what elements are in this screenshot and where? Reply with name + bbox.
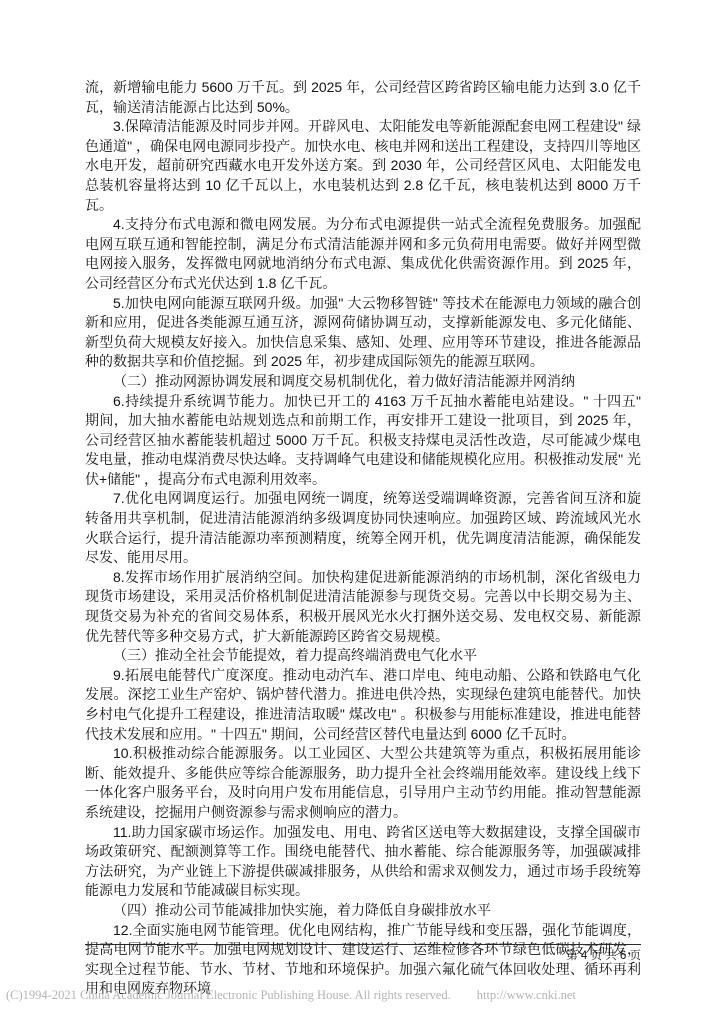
document-page: 流，新增输电能力 5600 万千瓦。到 2025 年，公司经营区跨省跨区输电能力… [0,0,724,1024]
paragraph: 9.拓展电能替代广度深度。推动电动汽车、港口岸电、纯电动船、公路和铁路电气化发展… [85,666,641,744]
paragraph: 流，新增输电能力 5600 万千瓦。到 2025 年，公司经营区跨省跨区输电能力… [85,78,641,117]
paragraph: 5.加快电网向能源互联网升级。加强" 大云物移智链" 等技术在能源电力领域的融合… [85,294,641,372]
section-heading: （四）推动公司节能减排加快实施，着力降低自身碳排放水平 [85,901,641,921]
document-text-block: 流，新增输电能力 5600 万千瓦。到 2025 年，公司经营区跨省跨区输电能力… [85,78,641,999]
page-number-indicator: 第 4 页 共 6 页 [85,947,641,963]
copyright-text: (C)1994-2021 China Academic Journal Elec… [6,988,451,1002]
paragraph: 7.优化电网调度运行。加强电网统一调度，统筹送受端调峰资源，完善省间互济和旋转备… [85,489,641,567]
copyright-url: http://www.cnki.net [477,988,576,1002]
copyright-bar: (C)1994-2021 China Academic Journal Elec… [6,988,576,1003]
paragraph: 10.积极推动综合能源服务。以工业园区、大型公共建筑等为重点，积极拓展用能诊断、… [85,744,641,822]
paragraph: 3.保障清洁能源及时同步并网。开辟风电、太阳能发电等新能源配套电网工程建设" 绿… [85,117,641,215]
section-heading: （二）推动网源协调发展和调度交易机制优化，着力做好清洁能源并网消纳 [85,372,641,392]
paragraph: 6.持续提升系统调节能力。加快已开工的 4163 万千瓦抽水蓄能电站建设。" 十… [85,392,641,490]
footer-divider [85,944,641,945]
paragraph: 4.支持分布式电源和微电网发展。为分布式电源提供一站式全流程免费服务。加强配电网… [85,215,641,293]
paragraph: 11.助力国家碳市场运作。加强发电、用电、跨省区送电等大数据建设，支撑全国碳市场… [85,823,641,901]
paragraph: 8.发挥市场作用扩展消纳空间。加快构建促进新能源消纳的市场机制，深化省级电力现货… [85,568,641,646]
section-heading: （三）推动全社会节能提效，着力提高终端消费电气化水平 [85,646,641,666]
